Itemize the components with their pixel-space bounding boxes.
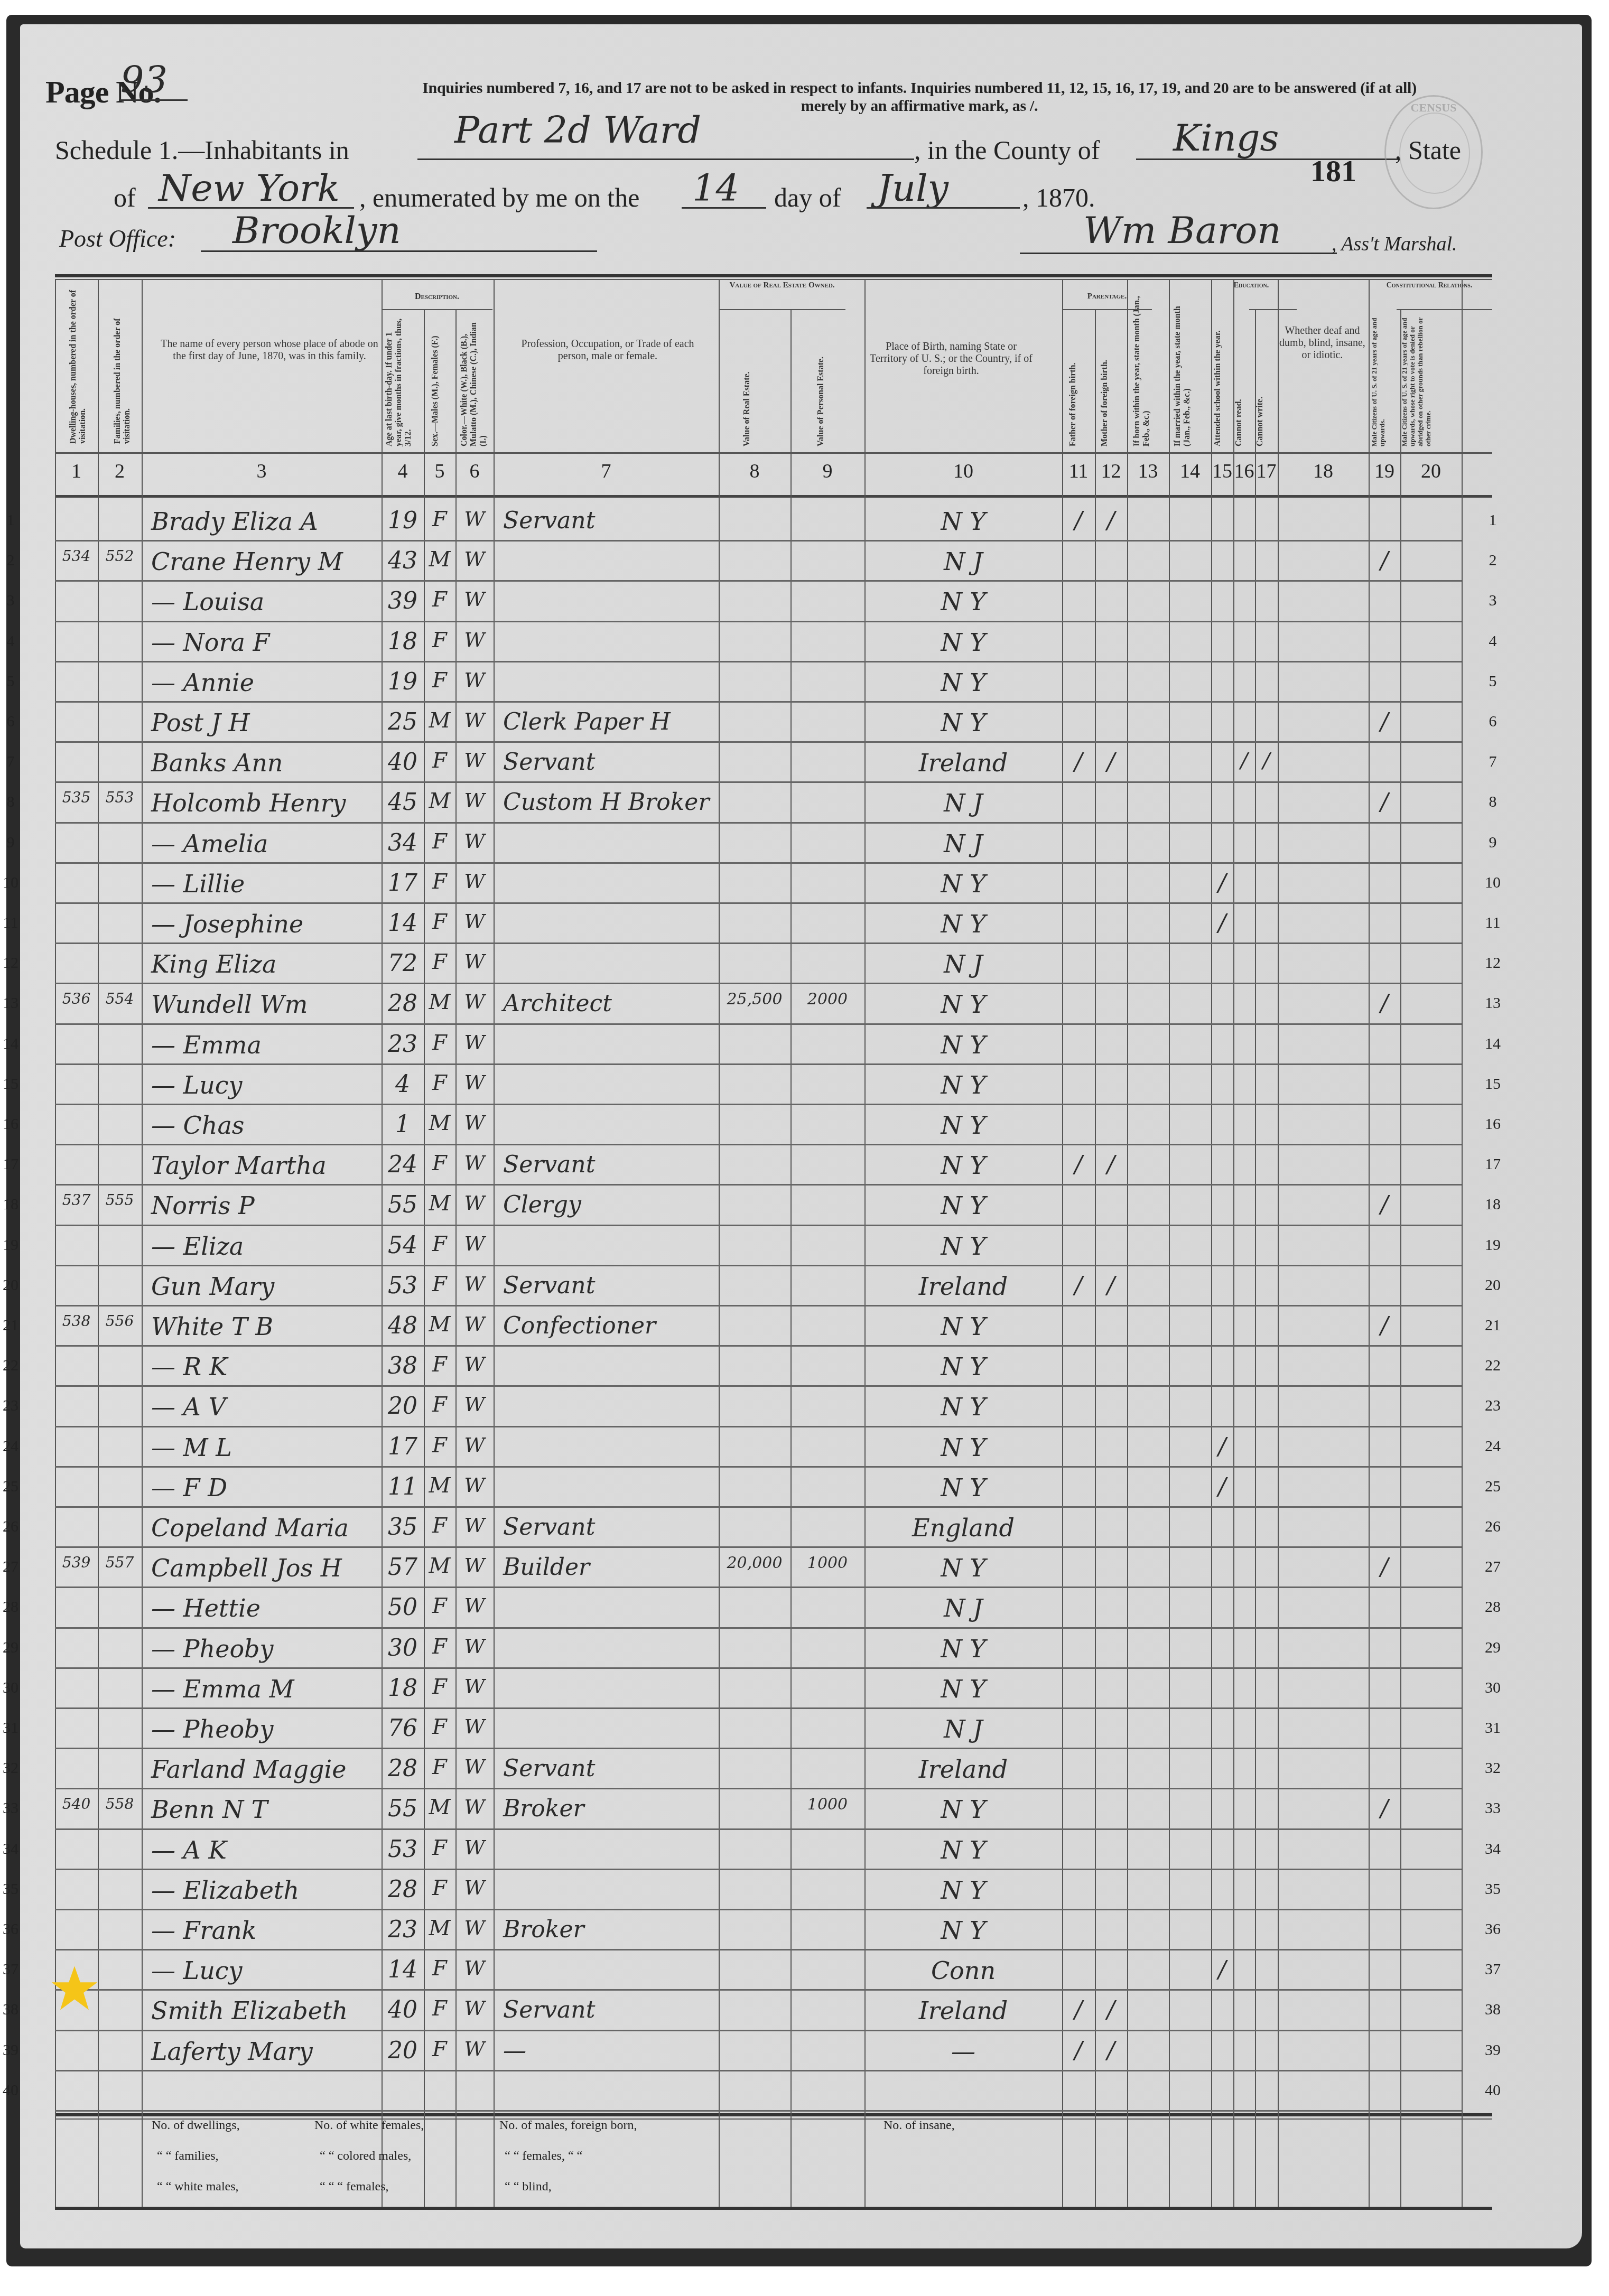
cell-male-citizen-mark: /	[1369, 1312, 1400, 1339]
cell-place-of-birth: N Y	[864, 1473, 1062, 1502]
county-value: Kings	[1173, 116, 1279, 160]
day-of-label: day of	[774, 182, 841, 213]
row-line-number-right: 8	[1482, 793, 1503, 811]
cell-place-of-birth: N J	[864, 829, 1062, 858]
cell-color: W	[455, 1111, 494, 1134]
cell-color: W	[455, 1433, 494, 1457]
row-line-number-left: 27	[0, 1558, 21, 1576]
cell-color: W	[455, 1795, 494, 1818]
cell-age: 14	[382, 1956, 424, 1983]
cell-person-name: — Frank	[142, 1916, 391, 1945]
cell-person-name: — Lillie	[142, 870, 391, 898]
cell-person-name: — Louisa	[142, 587, 391, 616]
cell-male-citizen-mark: /	[1369, 990, 1400, 1017]
cell-sex: F	[424, 870, 455, 894]
row-rule	[55, 1426, 1462, 1427]
row-line-number-right: 29	[1482, 1639, 1503, 1657]
row-rule	[55, 1707, 1462, 1709]
col-8-header: Value of Real Estate.	[742, 317, 764, 446]
cell-person-name: Copeland Maria	[142, 1514, 391, 1542]
cell-place-of-birth: N Y	[864, 1433, 1062, 1462]
month-value: July	[877, 166, 948, 210]
col-14-header: If married within the year, state month …	[1173, 285, 1199, 446]
cell-age: 19	[382, 507, 424, 534]
column-number: 13	[1127, 460, 1169, 483]
row-rule	[55, 1104, 1462, 1105]
cell-place-of-birth: N Y	[864, 1111, 1062, 1140]
row-line-number-left: 14	[0, 1035, 21, 1053]
table-top-rule-thin	[55, 279, 1492, 280]
cell-color: W	[455, 789, 494, 812]
cell-male-citizen-mark: /	[1369, 1191, 1400, 1218]
row-line-number-left: 39	[0, 2041, 21, 2059]
cell-age: 57	[382, 1554, 424, 1581]
cell-male-citizen-mark: /	[1369, 1554, 1400, 1581]
cell-age: 18	[382, 1675, 424, 1702]
row-rule	[55, 1546, 1462, 1548]
cell-occupation: Custom H Broker	[494, 789, 728, 816]
cell-occupation: Servant	[494, 1514, 728, 1541]
cell-occupation: Architect	[494, 990, 728, 1017]
column-number: 8	[719, 460, 790, 483]
cell-color: W	[455, 829, 494, 853]
footer-males-foreign: No. of males, foreign born,	[499, 2118, 637, 2133]
stamp-text: CENSUS	[1386, 101, 1481, 115]
row-rule	[55, 822, 1462, 824]
location-value: Part 2d Ward	[454, 108, 701, 152]
cell-age: 72	[382, 950, 424, 977]
footer-dwellings: No. of dwellings,	[152, 2118, 240, 2133]
cell-color: W	[455, 1554, 494, 1577]
cell-occupation: Broker	[494, 1916, 728, 1943]
column-divider	[1169, 280, 1170, 2207]
row-line-number-right: 38	[1482, 2001, 1503, 2019]
cell-color: W	[455, 1473, 494, 1497]
cell-age: 18	[382, 628, 424, 655]
row-rule	[55, 540, 1462, 542]
column-divider	[1062, 280, 1063, 2207]
cell-mother-foreign-mark: /	[1095, 2037, 1127, 2064]
column-number: 10	[864, 460, 1062, 483]
footer-blind: “ “ blind,	[505, 2180, 552, 2194]
row-line-number-right: 37	[1482, 1961, 1503, 1978]
cell-father-foreign-mark: /	[1062, 2037, 1095, 2064]
row-line-number-right: 11	[1482, 914, 1503, 932]
column-number: 12	[1095, 460, 1127, 483]
cell-person-name: Brady Eliza A	[142, 507, 391, 536]
cell-dwelling-number: 535	[55, 789, 98, 806]
cell-sex: F	[424, 507, 455, 531]
col-20-header: Male Citizens of U. S. of 21 years of ag…	[1400, 317, 1458, 446]
row-line-number-right: 12	[1482, 954, 1503, 972]
column-divider	[790, 309, 792, 2207]
footer-families: “ “ families,	[157, 2149, 219, 2163]
column-number: 7	[494, 460, 719, 483]
enumerated-label: , enumerated by me on the	[359, 182, 639, 213]
cell-place-of-birth: N Y	[864, 990, 1062, 1019]
column-divider	[55, 280, 56, 2207]
row-rule	[55, 1305, 1462, 1306]
row-rule	[55, 862, 1462, 864]
row-line-number-left: 37	[0, 1961, 21, 1978]
row-line-number-right: 19	[1482, 1236, 1503, 1254]
real-estate-group-header: Value of Real Estate Owned.	[719, 281, 845, 290]
row-line-number-left: 19	[0, 1236, 21, 1254]
cell-place-of-birth: N Y	[864, 1675, 1062, 1703]
row-line-number-right: 17	[1482, 1155, 1503, 1173]
cell-age: 34	[382, 829, 424, 856]
row-line-number-right: 39	[1482, 2041, 1503, 2059]
cell-person-name: — Lucy	[142, 1071, 391, 1099]
cell-person-name: — Emma M	[142, 1675, 391, 1703]
row-line-number-right: 32	[1482, 1759, 1503, 1777]
cell-sex: F	[424, 1675, 455, 1699]
cell-color: W	[455, 1836, 494, 1859]
cell-sex: F	[424, 1594, 455, 1618]
cell-color: W	[455, 1071, 494, 1094]
cell-color: W	[455, 1514, 494, 1537]
cell-sex: F	[424, 1393, 455, 1417]
cell-color: W	[455, 708, 494, 732]
row-line-number-right: 2	[1482, 552, 1503, 570]
cell-person-name: — A V	[142, 1393, 391, 1421]
table-top-rule	[55, 274, 1492, 277]
cell-sex: M	[424, 789, 455, 813]
cell-person-name: — Annie	[142, 668, 391, 697]
cell-person-name: White T B	[142, 1312, 391, 1341]
cell-attended-school-mark: /	[1211, 870, 1233, 897]
day-value: 14	[692, 166, 739, 210]
cell-sex: F	[424, 950, 455, 974]
col-13-header: If born within the year, state month (Ja…	[1132, 285, 1159, 446]
row-line-number-left: 8	[0, 793, 21, 811]
cell-place-of-birth: England	[864, 1514, 1062, 1542]
cell-age: 40	[382, 749, 424, 776]
row-line-number-left: 24	[0, 1438, 21, 1455]
page-number-underline	[119, 99, 188, 101]
row-line-number-left: 29	[0, 1639, 21, 1657]
cell-age: 45	[382, 789, 424, 816]
census-stamp: CENSUS	[1384, 95, 1483, 209]
cell-place-of-birth: N Y	[864, 1031, 1062, 1059]
cell-person-name: Benn N T	[142, 1795, 391, 1824]
stamp-inner-ring	[1399, 113, 1470, 194]
column-divider	[1211, 280, 1212, 2207]
cell-dwelling-number: 539	[55, 1554, 98, 1571]
row-line-number-left: 26	[0, 1518, 21, 1536]
cell-color: W	[455, 1675, 494, 1698]
column-number: 1	[55, 460, 98, 483]
row-rule	[55, 661, 1462, 662]
cell-person-name: — Lucy	[142, 1956, 391, 1985]
row-rule	[55, 983, 1462, 984]
cell-sex: F	[424, 1232, 455, 1256]
row-rule	[55, 942, 1462, 944]
cell-mother-foreign-mark: /	[1095, 507, 1127, 534]
col-1-header: Dwelling-houses, numbered in the order o…	[69, 285, 100, 444]
row-rule	[55, 741, 1462, 743]
cell-father-foreign-mark: /	[1062, 749, 1095, 776]
cell-person-name: — Pheoby	[142, 1715, 391, 1743]
marshal-signature: Wm Baron	[1083, 209, 1281, 252]
cell-sex: F	[424, 1433, 455, 1458]
row-rule	[55, 580, 1462, 582]
cell-sex: F	[424, 1755, 455, 1779]
cell-place-of-birth: N Y	[864, 507, 1062, 536]
cell-person-name: Farland Maggie	[142, 1755, 391, 1784]
cell-person-name: — Eliza	[142, 1232, 391, 1261]
row-line-number-left: 21	[0, 1317, 21, 1334]
column-divider	[1462, 280, 1463, 2207]
cell-place-of-birth: N Y	[864, 668, 1062, 697]
column-number: 6	[455, 460, 494, 483]
cell-person-name: — Pheoby	[142, 1635, 391, 1663]
row-rule	[55, 1184, 1462, 1186]
cell-sex: F	[424, 1071, 455, 1095]
cell-father-foreign-mark: /	[1062, 507, 1095, 534]
column-number: 2	[98, 460, 142, 483]
cell-occupation: —	[494, 2037, 728, 2064]
row-line-number-right: 16	[1482, 1115, 1503, 1133]
schedule-label: Schedule 1.—Inhabitants in	[55, 135, 349, 165]
cell-sex: M	[424, 1473, 455, 1498]
cell-age: 54	[382, 1232, 424, 1259]
cell-age: 23	[382, 1916, 424, 1943]
row-line-number-right: 33	[1482, 1799, 1503, 1817]
cell-age: 40	[382, 1996, 424, 2023]
row-line-number-left: 20	[0, 1276, 21, 1294]
cell-age: 25	[382, 708, 424, 735]
row-rule	[55, 1627, 1462, 1629]
row-rule	[55, 1063, 1462, 1065]
description-group-rule	[382, 309, 492, 310]
cell-person-name: Laferty Mary	[142, 2037, 391, 2066]
row-line-number-left: 6	[0, 713, 21, 731]
cell-color: W	[455, 990, 494, 1013]
row-line-number-right: 27	[1482, 1558, 1503, 1576]
cell-father-foreign-mark: /	[1062, 1272, 1095, 1299]
cell-place-of-birth: N Y	[864, 1554, 1062, 1582]
column-divider	[1233, 280, 1234, 2207]
post-office-label: Post Office:	[59, 225, 176, 253]
cell-occupation: Clerk Paper H	[494, 708, 728, 735]
cell-age: 17	[382, 1433, 424, 1460]
row-line-number-left: 31	[0, 1719, 21, 1737]
cell-person-name: Smith Elizabeth	[142, 1996, 391, 2025]
cell-family-number: 554	[98, 990, 142, 1007]
row-line-number-right: 18	[1482, 1196, 1503, 1214]
cell-person-name: — Josephine	[142, 910, 391, 938]
cell-person-name: Norris P	[142, 1191, 391, 1220]
col-19-header: Male Citizens of U. S. of 21 years of ag…	[1370, 317, 1397, 446]
cell-age: 55	[382, 1795, 424, 1822]
cell-sex: F	[424, 1352, 455, 1377]
cell-age: 11	[382, 1473, 424, 1500]
cell-dwelling-number: 534	[55, 547, 98, 565]
star-highlight-icon	[51, 1964, 98, 2012]
cell-sex: M	[424, 990, 455, 1014]
row-line-number-left: 17	[0, 1155, 21, 1173]
post-office-underline	[201, 250, 597, 252]
cell-place-of-birth: N Y	[864, 910, 1062, 938]
row-line-number-left: 25	[0, 1478, 21, 1496]
footer-females-foreign: “ “ females, “ “	[505, 2149, 582, 2163]
cell-place-of-birth: N Y	[864, 1232, 1062, 1261]
col-10-header: Place of Birth, naming State or Territor…	[867, 341, 1036, 377]
cell-place-of-birth: N Y	[864, 587, 1062, 616]
county-label: , in the County of	[914, 135, 1100, 165]
cell-mother-foreign-mark: /	[1095, 1272, 1127, 1299]
column-number: 17	[1255, 460, 1278, 483]
education-group-header: Education.	[1230, 281, 1272, 290]
row-line-number-left: 9	[0, 834, 21, 852]
column-divider	[1400, 309, 1401, 2207]
col-5-header: Sex.—Males (M.), Females (F.)	[431, 314, 454, 446]
column-divider	[98, 280, 99, 2207]
cell-occupation: Servant	[494, 1755, 728, 1782]
footer-bottom-rule	[55, 2207, 1492, 2210]
column-number: 18	[1278, 460, 1369, 483]
page-number-value: 93	[120, 58, 168, 101]
row-line-number-left: 3	[0, 592, 21, 610]
marshal-underline	[1020, 253, 1337, 254]
cell-family-number: 557	[98, 1554, 142, 1571]
row-line-number-right: 25	[1482, 1478, 1503, 1496]
column-number: 5	[424, 460, 455, 483]
cell-color: W	[455, 1755, 494, 1778]
cell-color: W	[455, 1715, 494, 1738]
cell-person-name: — Emma	[142, 1031, 391, 1059]
instructions-line-1: Inquiries numbered 7, 16, and 17 are not…	[338, 79, 1501, 97]
cell-color: W	[455, 1352, 494, 1376]
row-line-number-right: 28	[1482, 1598, 1503, 1616]
cell-color: W	[455, 910, 494, 933]
cell-place-of-birth: N Y	[864, 1393, 1062, 1421]
cell-cannot-write-mark: /	[1255, 749, 1278, 773]
cell-place-of-birth: Conn	[864, 1956, 1062, 1985]
cell-color: W	[455, 1272, 494, 1295]
post-office-value: Brooklyn	[232, 209, 401, 252]
cell-place-of-birth: N Y	[864, 1151, 1062, 1180]
cell-person-name: — Elizabeth	[142, 1876, 391, 1905]
cell-cannot-read-mark: /	[1233, 749, 1255, 773]
row-line-number-left: 28	[0, 1598, 21, 1616]
cell-age: 4	[382, 1071, 424, 1098]
row-line-number-left: 5	[0, 673, 21, 690]
cell-dwelling-number: 537	[55, 1191, 98, 1209]
cell-sex: M	[424, 1111, 455, 1135]
footer-colored-females: “ “ “ females,	[320, 2180, 389, 2194]
row-rule	[55, 1023, 1462, 1025]
cell-color: W	[455, 1876, 494, 1899]
column-number: 14	[1169, 460, 1211, 483]
col-11-header: Father of foreign birth.	[1068, 317, 1087, 446]
cell-age: 53	[382, 1836, 424, 1863]
row-rule	[55, 781, 1462, 783]
cell-age: 28	[382, 990, 424, 1017]
cell-sex: F	[424, 1272, 455, 1296]
col-2-header: Families, numbered in the order of visit…	[113, 285, 145, 444]
cell-person-name: Taylor Martha	[142, 1151, 391, 1180]
cell-person-name: — A K	[142, 1836, 391, 1864]
row-line-number-left: 23	[0, 1397, 21, 1415]
footer-white-males: “ “ white males,	[157, 2180, 239, 2194]
cell-place-of-birth: N Y	[864, 1876, 1062, 1905]
cell-occupation: Builder	[494, 1554, 728, 1581]
row-line-number-right: 34	[1482, 1840, 1503, 1858]
cell-sex: M	[424, 1795, 455, 1819]
cell-age: 1	[382, 1111, 424, 1138]
row-rule	[55, 1144, 1462, 1145]
row-line-number-right: 14	[1482, 1035, 1503, 1053]
cell-person-name: Holcomb Henry	[142, 789, 391, 817]
cell-sex: F	[424, 1514, 455, 1538]
cell-sex: M	[424, 547, 455, 572]
cell-sex: F	[424, 1956, 455, 1981]
constitutional-group-header: Constitutional Relations.	[1369, 281, 1490, 290]
cell-sex: F	[424, 1031, 455, 1055]
cell-age: 38	[382, 1352, 424, 1379]
cell-age: 28	[382, 1755, 424, 1782]
row-line-number-left: 12	[0, 954, 21, 972]
marshal-label: , Ass't Marshal.	[1332, 232, 1457, 256]
row-line-number-left: 30	[0, 1679, 21, 1697]
cell-color: W	[455, 1956, 494, 1980]
cell-place-of-birth: Ireland	[864, 1996, 1062, 2025]
cell-family-number: 558	[98, 1795, 142, 1813]
row-line-number-left: 33	[0, 1799, 21, 1817]
row-line-number-left: 35	[0, 1880, 21, 1898]
cell-age: 53	[382, 1272, 424, 1299]
cell-person-name: — F D	[142, 1473, 391, 1502]
cell-person-name: Wundell Wm	[142, 990, 391, 1019]
cell-male-citizen-mark: /	[1369, 789, 1400, 816]
cell-place-of-birth: N Y	[864, 1071, 1062, 1099]
cell-place-of-birth: N Y	[864, 870, 1062, 898]
row-line-number-right: 31	[1482, 1719, 1503, 1737]
row-rule	[55, 621, 1462, 622]
county-underline	[1136, 158, 1400, 160]
cell-age: 39	[382, 587, 424, 614]
row-line-number-right: 23	[1482, 1397, 1503, 1415]
row-rule	[55, 701, 1462, 703]
cell-place-of-birth: N Y	[864, 1312, 1062, 1341]
cell-color: W	[455, 1312, 494, 1336]
column-divider	[1127, 280, 1128, 2207]
row-rule	[55, 1265, 1462, 1266]
col-12-header: Mother of foreign birth.	[1100, 317, 1119, 446]
row-rule	[55, 1909, 1462, 1910]
column-number: 19	[1369, 460, 1400, 483]
cell-age: 55	[382, 1191, 424, 1218]
cell-sex: M	[424, 1191, 455, 1216]
row-line-number-right: 35	[1482, 1880, 1503, 1898]
cell-sex: M	[424, 1554, 455, 1578]
row-line-number-right: 22	[1482, 1357, 1503, 1375]
cell-father-foreign-mark: /	[1062, 1151, 1095, 1178]
column-number: 4	[382, 460, 424, 483]
footer-white-females: No. of white females,	[314, 2118, 424, 2133]
cell-family-number: 552	[98, 547, 142, 565]
column-number: 20	[1400, 460, 1462, 483]
row-line-number-left: 16	[0, 1115, 21, 1133]
cell-color: W	[455, 1191, 494, 1215]
cell-personal-estate-value: 2000	[790, 990, 864, 1009]
stamped-page-number: 181	[1310, 153, 1356, 189]
education-group-rule	[1249, 309, 1297, 310]
cell-place-of-birth: N Y	[864, 708, 1062, 737]
cell-color: W	[455, 547, 494, 571]
